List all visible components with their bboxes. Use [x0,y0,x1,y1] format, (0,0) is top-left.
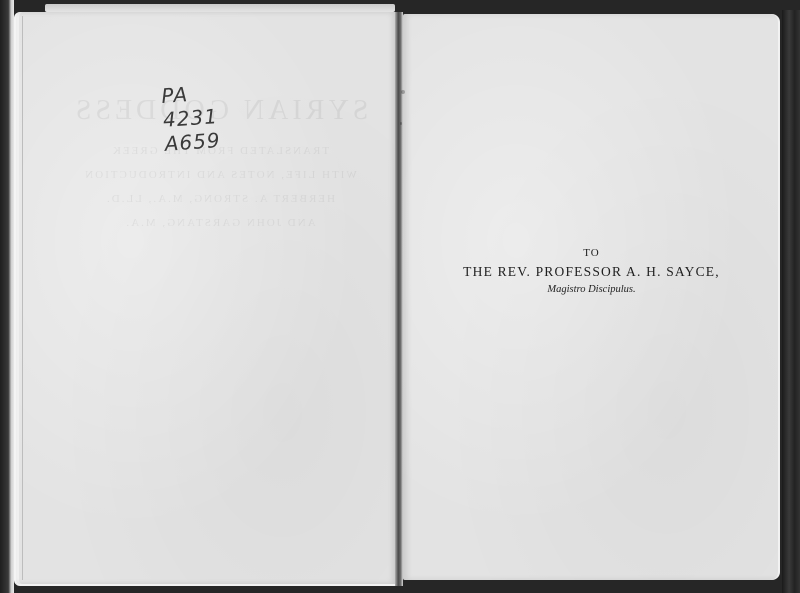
call-number-cutter: A659 [164,128,221,156]
dedication-to: TO [403,246,780,260]
dedication: TO THE REV. PROFESSOR A. H. SAYCE, Magis… [403,246,780,297]
dedication-name: THE REV. PROFESSOR A. H. SAYCE, [403,262,780,282]
binding-thread-mark [400,122,402,125]
dedication-latin: Magistro Discipulus. [403,283,780,297]
book-scan: SYRIAN GODDESS TRANSLATED FROM THE GREEK… [0,0,800,593]
book-top-edge [45,4,395,12]
book-cover-left-edge [0,0,14,593]
binding-thread-mark [401,90,405,94]
book-gutter [395,12,403,586]
right-page [403,14,780,580]
page-edge-line [22,16,23,580]
book-cover-right-edge [782,10,800,593]
handwritten-call-number: PA 4231 A659 [161,80,222,156]
